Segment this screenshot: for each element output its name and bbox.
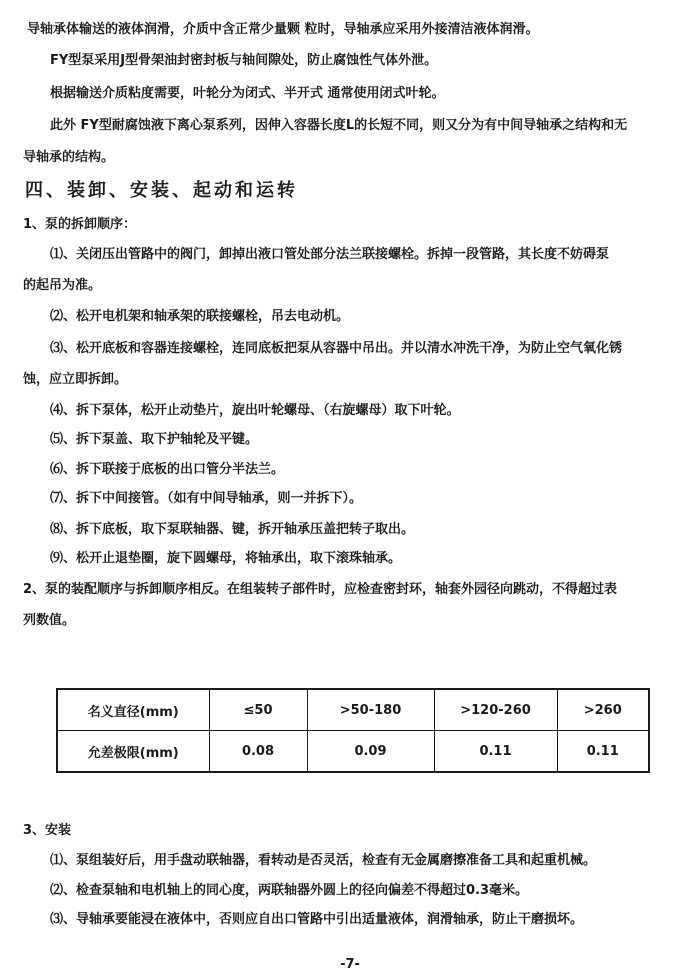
step-line: ⑺、拆下中间接管。（如有中间导轴承，则一并拆下）。: [50, 490, 362, 508]
step-line: ⑴、关闭压出管路中的阀门，卸掉出液口管处部分法兰联接螺栓。拆掉一段管路，其长度不…: [50, 246, 609, 264]
install-step: ⑴、泵组装好后，用手盘动联轴器，看转动是否灵活，检查有无金属磨擦准备工具和起重机…: [50, 852, 596, 870]
intro-line: FY型泵采用J型骨架油封密封板与轴间隙处，防止腐蚀性气体外泄。: [50, 52, 437, 70]
install-step: ⑶、导轴承要能浸在液体中，否则应自出口管路中引出适量液体，润滑轴承，防止干磨损坏…: [50, 911, 583, 929]
assembly-line: 列数值。: [23, 612, 75, 630]
install-step: ⑵、检查泵轴和电机轴上的同心度，两联轴器外圆上的径向偏差不得超过0.3毫米。: [50, 882, 528, 900]
intro-line: 导轴承的结构。: [23, 149, 114, 167]
table-row: 允差极限(mm) 0.08 0.09 0.11 0.11: [57, 731, 649, 773]
table-header-cell: 名义直径(mm): [57, 689, 209, 731]
step-line: 蚀，应立即拆卸。: [23, 371, 127, 389]
assembly-line: 2、泵的装配顺序与拆卸顺序相反。在组装转子部件时，应检查密封环，轴套外园径向跳动…: [23, 581, 617, 599]
step-line: 的起吊为准。: [23, 277, 101, 295]
table-cell: ≤50: [209, 689, 307, 731]
step-line: ⑵、松开电机架和轴承架的联接螺栓，吊去电动机。: [50, 308, 349, 326]
table-cell: >260: [557, 689, 649, 731]
table-cell: 0.11: [434, 731, 557, 773]
subsection-title: 1、泵的拆卸顺序：: [23, 216, 136, 234]
section-heading: 四、装卸、安装、起动和运转: [25, 180, 298, 202]
intro-line: 根据输送介质粘度需要，叶轮分为闭式、半开式 通常使用闭式叶轮。: [50, 85, 445, 103]
step-line: ⑻、拆下底板，取下泵联轴器、键，拆开轴承压盖把转子取出。: [50, 521, 414, 539]
step-line: ⑸、拆下泵盖、取下护轴轮及平键。: [50, 431, 258, 449]
table-cell: 0.08: [209, 731, 307, 773]
table-header-cell: 允差极限(mm): [57, 731, 209, 773]
table-cell: 0.09: [307, 731, 434, 773]
table-row: 名义直径(mm) ≤50 >50-180 >120-260 >260: [57, 689, 649, 731]
page-number: -7-: [0, 957, 700, 972]
table-cell: 0.11: [557, 731, 649, 773]
intro-line: 导轴承体输送的液体润滑，介质中含正常少量颗 粒时，导轴承应采用外接清洁液体润滑。: [27, 21, 539, 39]
step-line: ⑷、拆下泵体，松开止动垫片，旋出叶轮螺母、（右旋螺母）取下叶轮。: [50, 402, 460, 420]
step-line: ⑼、松开止退垫圈，旋下圆螺母，将轴承出，取下滚珠轴承。: [50, 550, 401, 568]
step-line: ⑹、拆下联接于底板的出口管分半法兰。: [50, 461, 284, 479]
intro-line: 此外 FY型耐腐蚀液下离心泵系列，因伸入容器长度L的长短不同，则又分为有中间导轴…: [50, 117, 627, 135]
table-cell: >120-260: [434, 689, 557, 731]
table-cell: >50-180: [307, 689, 434, 731]
tolerance-table: 名义直径(mm) ≤50 >50-180 >120-260 >260 允差极限(…: [56, 688, 650, 773]
subsection-title: 3、安装: [23, 822, 71, 840]
step-line: ⑶、松开底板和容器连接螺栓，连同底板把泵从容器中吊出。并以清水冲洗干净，为防止空…: [50, 340, 622, 358]
